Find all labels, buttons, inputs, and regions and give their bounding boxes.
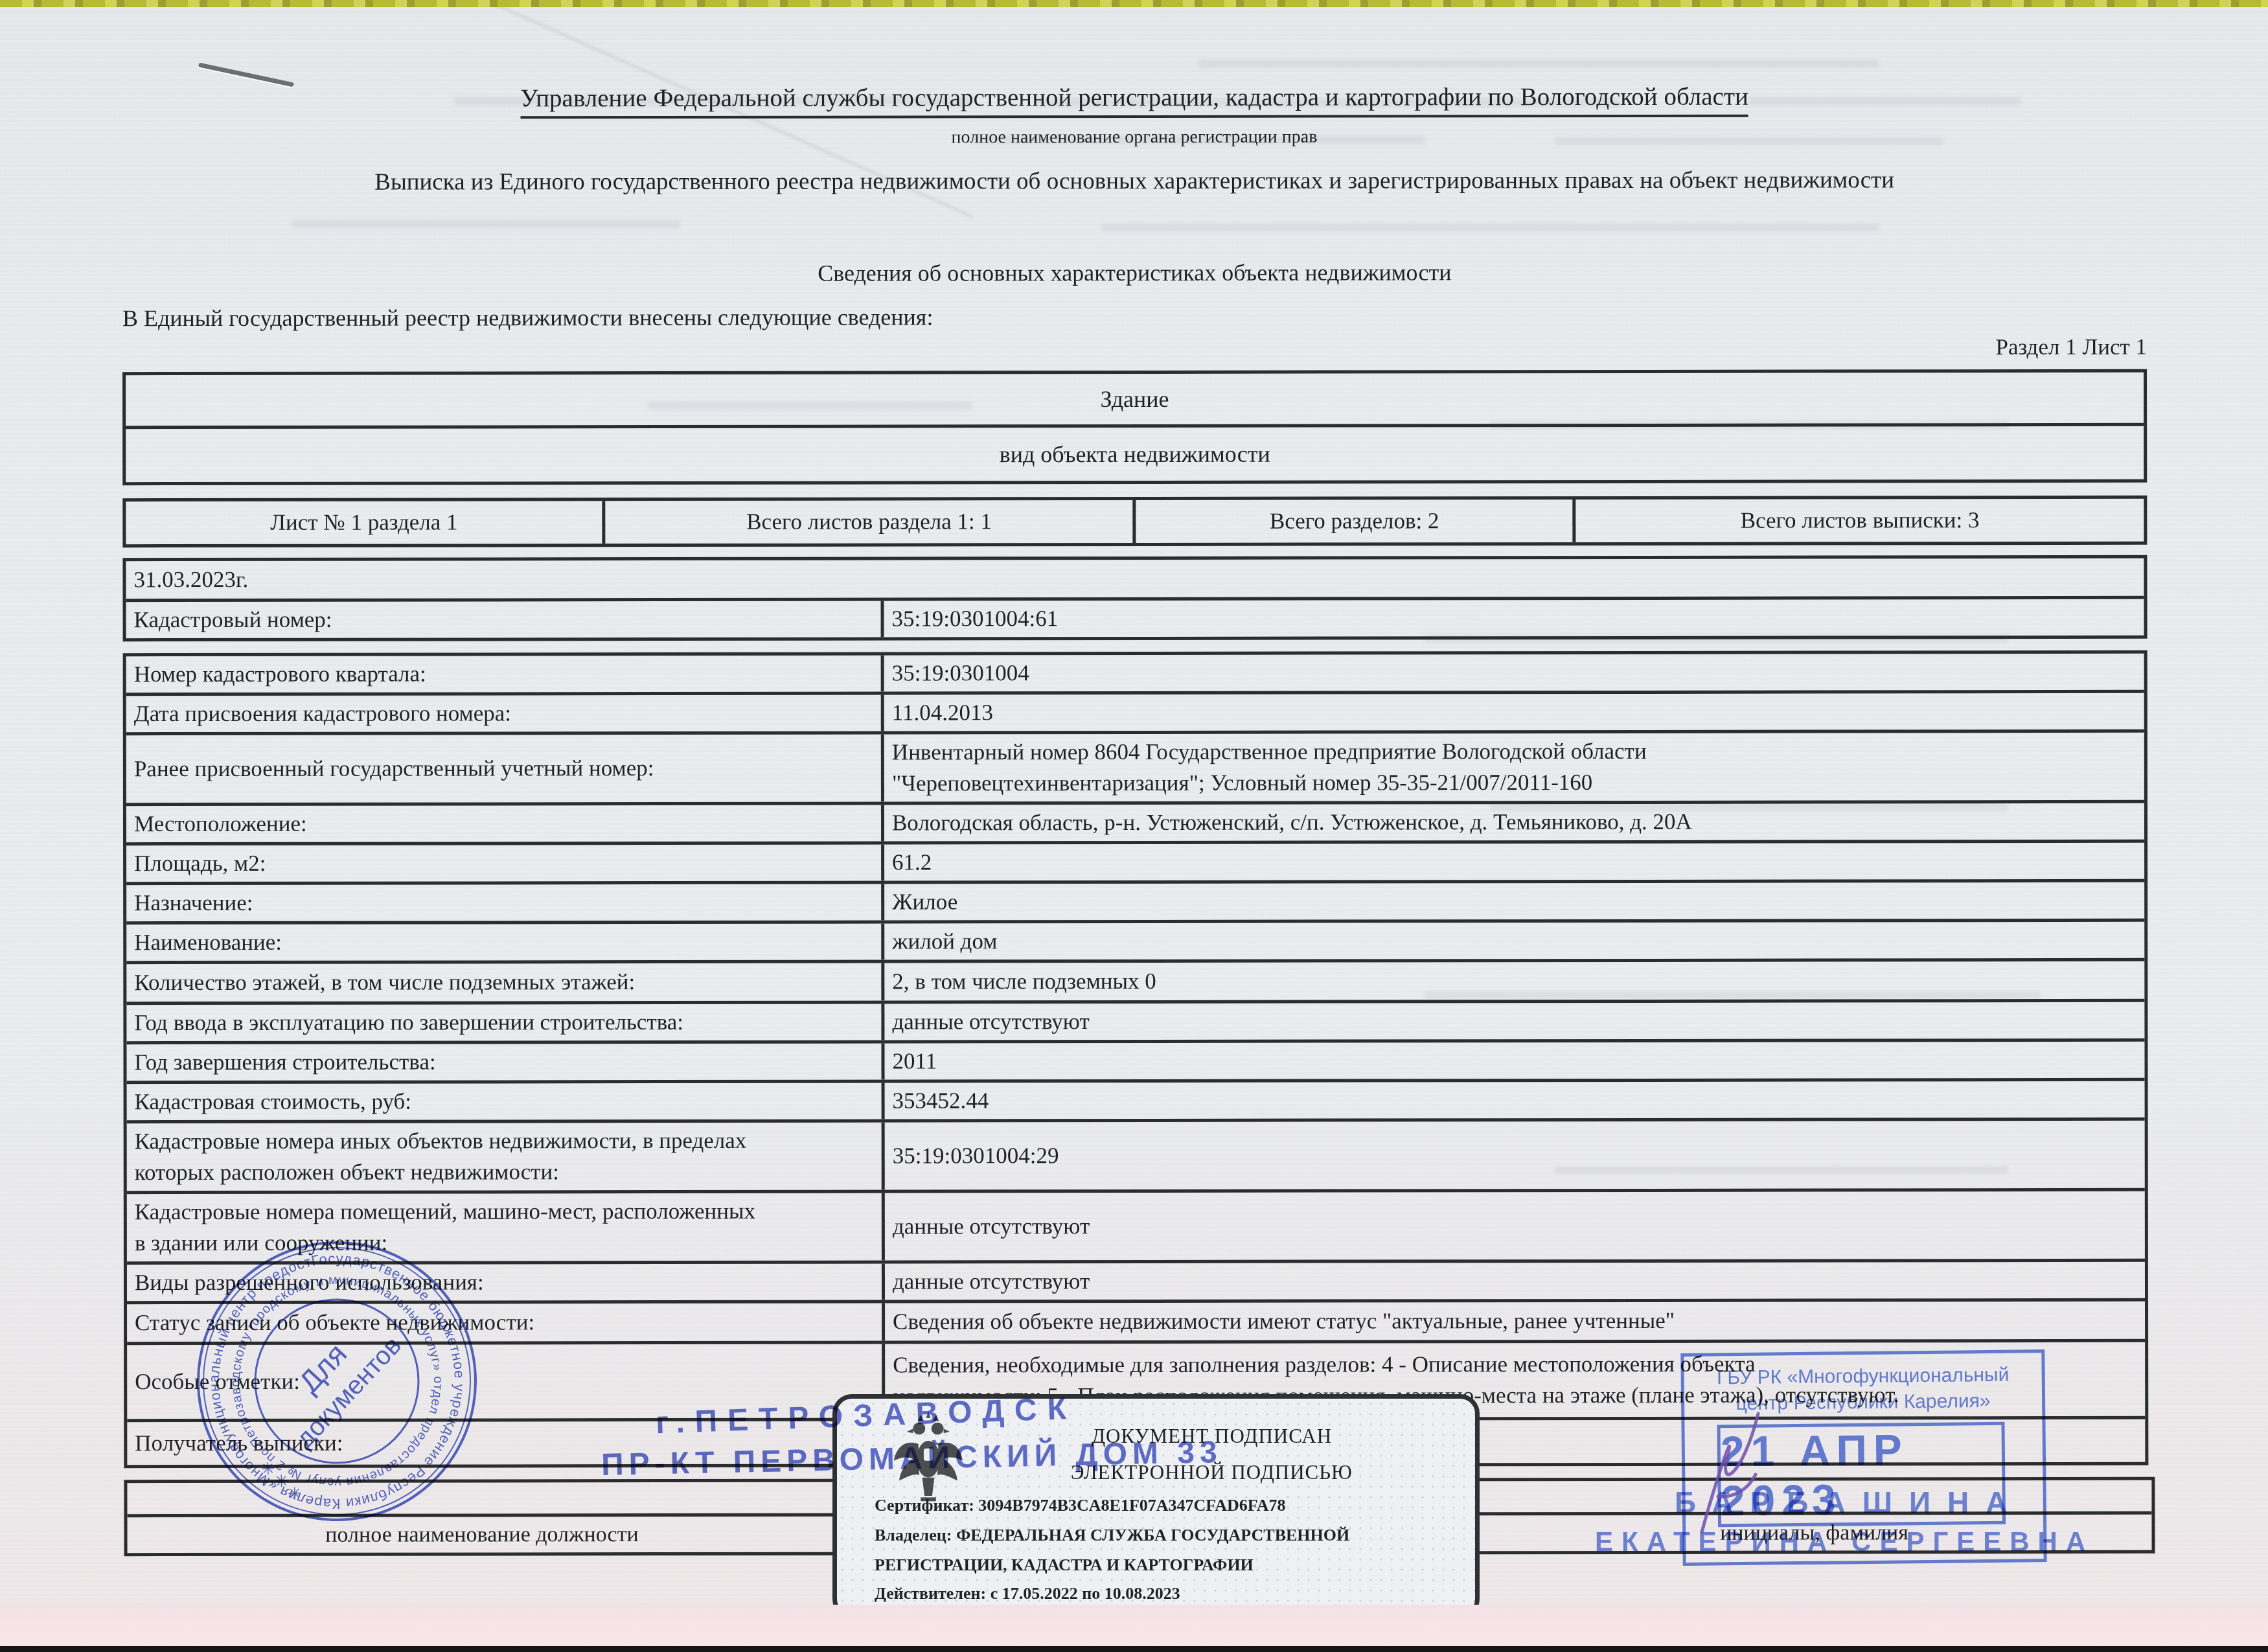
attribute-row: Местоположение:Вологодская область, р-н.… [126,800,2144,842]
attribute-label: Дата присвоения кадастрового номера: [126,695,881,733]
attribute-value: 35:19:0301004:61 [881,599,2144,637]
registration-authority-name: Управление Федеральной службы государств… [122,82,2146,113]
object-type-value: Здание [126,373,2144,426]
section-sheet-label: Раздел 1 Лист 1 [122,334,2147,363]
attribute-row: Кадастровая стоимость, руб:353452.44 [127,1078,2145,1120]
attribute-row: Количество этажей, в том числе подземных… [126,958,2144,1002]
object-type-caption: вид объекта недвижимости [126,423,2144,482]
attribute-label: Кадастровые номера иных объектов недвижи… [127,1123,882,1191]
attribute-value: жилой дом [881,922,2144,960]
scanner-edge-top [0,0,2268,7]
operator-given-name-stamp: ЕКАТЕРИНА СЕРГЕЕВНА [1595,1526,2094,1557]
attribute-label: Кадастровые номера помещений, машино-мес… [127,1193,882,1262]
attribute-label: Кадастровая стоимость, руб: [127,1083,882,1121]
attribute-value: 35:19:0301004 [881,654,2144,692]
attribute-value: Сведения об объекте недвижимости имеют с… [882,1302,2145,1341]
certificate-owner-line2: РЕГИСТРАЦИИ, КАДАСТРА И КАРТОГРАФИИ [875,1555,1462,1575]
sheet-info-cell: Всего листов раздела 1: 1 [602,500,1132,544]
attribute-value: данные отсутствуют [882,1191,2145,1261]
svg-text:документов: документов [290,1331,407,1453]
sheet-info-cell: Всего листов выписки: 3 [1573,499,2144,542]
attribute-value: 2011 [881,1042,2144,1080]
attribute-row: Площадь, м2:61.2 [126,840,2144,882]
round-office-stamp: Государственное бюджетное учреждение Рес… [165,1209,509,1553]
scanner-edge-pink [0,1605,2268,1646]
sheet-info-table: Лист № 1 раздела 1Всего листов раздела 1… [122,496,2147,547]
attribute-value: Вологодская область, р-н. Устюженский, с… [881,803,2144,842]
certificate-validity: Действителен: с 17.05.2022 по 10.08.2023 [875,1584,1462,1603]
attribute-label: Ранее присвоенный государственный учетны… [126,735,881,803]
date-and-number-table: 31.03.2023г. Кадастровый номер:35:19:030… [122,555,2147,641]
attribute-value: 2, в том числе подземных 0 [881,961,2144,1001]
attribute-row: Кадастровые номера иных объектов недвижи… [127,1118,2145,1191]
attribute-label: Площадь, м2: [126,845,881,882]
attribute-value: данные отсутствуют [881,1002,2144,1040]
attribute-label: Год завершения строительства: [126,1044,881,1081]
certificate-owner-line1: Владелец: ФЕДЕРАЛЬНАЯ СЛУЖБА ГОСУДАРСТВЕ… [875,1526,1462,1545]
attribute-row: Год завершения строительства:2011 [126,1038,2144,1081]
scanned-document-page: Управление Федеральной службы государств… [0,0,2268,1652]
attribute-row: Год ввода в эксплуатацию по завершении с… [126,999,2144,1041]
extract-date: 31.03.2023г. [126,558,2144,599]
attribute-row: Кадастровый номер:35:19:0301004:61 [126,596,2144,638]
attribute-value: 35:19:0301004:29 [882,1121,2145,1190]
attribute-label: Год ввода в эксплуатацию по завершении с… [126,1004,881,1042]
attribute-value: Жилое [881,882,2144,921]
intro-line: В Единый государственный реестр недвижим… [122,303,934,332]
attribute-row: Номер кадастрового квартала:35:19:030100… [126,654,2144,693]
scanner-edge-bottom [0,1646,2268,1652]
attribute-label: Назначение: [126,884,881,922]
attribute-value: 11.04.2013 [881,693,2144,731]
section-heading: Сведения об основных характеристиках объ… [122,258,2147,288]
attribute-row: Наименование:жилой дом [126,919,2144,961]
certificate-number: Сертификат: 3094B7974B3CA8E1F07A347CFAD6… [875,1496,1462,1515]
attribute-label: Номер кадастрового квартала: [126,656,881,693]
sheet-info-cell: Лист № 1 раздела 1 [126,501,602,544]
attribute-value: данные отсутствуют [882,1262,2145,1300]
attribute-row: Назначение:Жилое [126,879,2144,921]
authority-caption: полное наименование органа регистрации п… [122,126,2146,149]
attribute-value: Инвентарный номер 8604 Государственное п… [881,733,2144,802]
handwritten-signature [1679,1393,1789,1542]
attribute-row: Ранее присвоенный государственный учетны… [126,729,2144,803]
attribute-value: 61.2 [881,843,2144,881]
attribute-label: Наименование: [126,924,881,961]
attribute-label: Кадастровый номер: [126,601,881,639]
attribute-label: Количество этажей, в том числе подземных… [126,963,881,1002]
attribute-label: Местоположение: [126,805,881,843]
document-title: Выписка из Единого государственного реес… [122,166,2147,196]
object-type-table: Здание вид объекта недвижимости [122,369,2147,485]
sheet-info-cell: Всего разделов: 2 [1133,499,1573,543]
attribute-value: 353452.44 [882,1081,2145,1119]
attribute-row: Дата присвоения кадастрового номера:11.0… [126,690,2144,732]
